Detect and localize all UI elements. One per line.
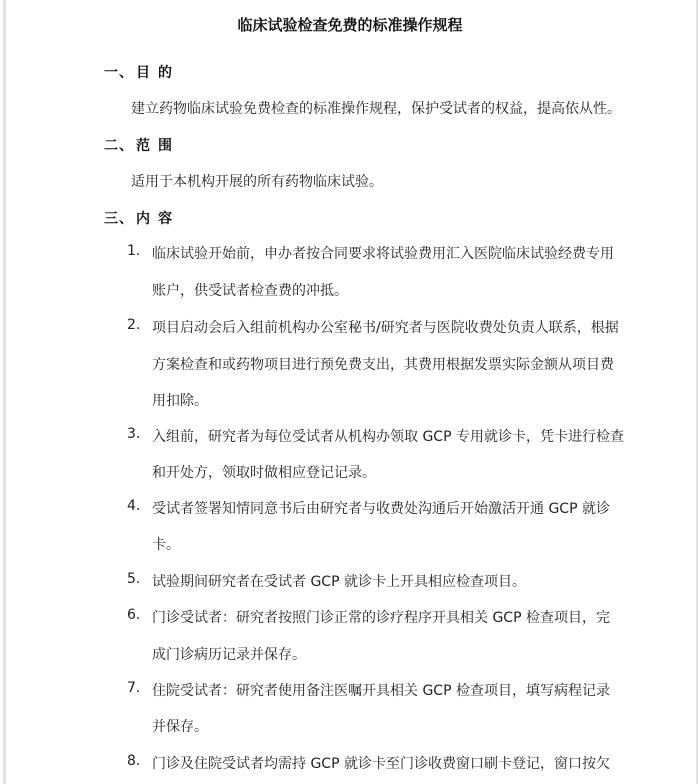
item-line: 试验期间研究者在受试者 GCP 就诊卡上开具相应检查项目。 bbox=[152, 571, 526, 591]
item-number: 5. bbox=[127, 571, 140, 587]
item-number: 8. bbox=[127, 753, 140, 769]
section-number: 一、 bbox=[104, 62, 136, 82]
item-number: 4. bbox=[127, 498, 140, 514]
item-number: 2. bbox=[127, 317, 140, 333]
item-line: 门诊受试者：研究者按照门诊正常的诊疗程序开具相关 GCP 检查项目，完 bbox=[152, 607, 610, 627]
section-label: 目的 bbox=[136, 65, 180, 81]
section-label: 内容 bbox=[136, 211, 180, 227]
section-heading-purpose: 一、目的 bbox=[104, 62, 180, 82]
item-line: 临床试验开始前，申办者按合同要求将试验费用汇入医院临床试验经费专用 bbox=[152, 243, 614, 263]
item-number: 1. bbox=[127, 243, 140, 259]
document-title: 临床试验检查免费的标准操作规程 bbox=[0, 14, 700, 35]
item-line: 方案检查和或药物项目进行预免费支出，其费用根据发票实际金额从项目费 bbox=[152, 354, 614, 374]
item-line: 项目启动会后入组前机构办公室秘书/研究者与医院收费处负责人联系，根据 bbox=[152, 317, 619, 337]
section-body-scope: 适用于本机构开展的所有药物临床试验。 bbox=[131, 171, 383, 191]
item-line: 门诊及住院受试者均需持 GCP 就诊卡至门诊收费窗口刷卡登记，窗口按欠 bbox=[152, 753, 610, 773]
item-line: 和开处方，领取时做相应登记记录。 bbox=[152, 462, 376, 482]
item-number: 6. bbox=[127, 607, 140, 623]
section-label: 范围 bbox=[136, 138, 180, 154]
item-line: 并保存。 bbox=[152, 716, 208, 736]
section-number: 三、 bbox=[104, 208, 136, 228]
item-line: 账户，供受试者检查费的冲抵。 bbox=[152, 280, 348, 300]
item-number: 3. bbox=[127, 426, 140, 442]
item-line: 卡。 bbox=[152, 534, 180, 554]
item-line: 成门诊病历记录并保存。 bbox=[152, 644, 306, 664]
section-number: 二、 bbox=[104, 135, 136, 155]
item-line: 入组前，研究者为每位受试者从机构办领取 GCP 专用就诊卡，凭卡进行检查 bbox=[152, 426, 624, 446]
section-heading-content: 三、内容 bbox=[104, 208, 180, 228]
item-line: 用扣除。 bbox=[152, 390, 208, 410]
item-line: 受试者签署知情同意书后由研究者与收费处沟通后开始激活开通 GCP 就诊 bbox=[152, 498, 610, 518]
item-line: 住院受试者：研究者使用备注医嘱开具相关 GCP 检查项目，填写病程记录 bbox=[152, 680, 610, 700]
item-number: 7. bbox=[127, 680, 140, 696]
section-heading-scope: 二、范围 bbox=[104, 135, 180, 155]
section-body-purpose: 建立药物临床试验免费检查的标准操作规程，保护受试者的权益，提高依从性。 bbox=[131, 98, 621, 118]
